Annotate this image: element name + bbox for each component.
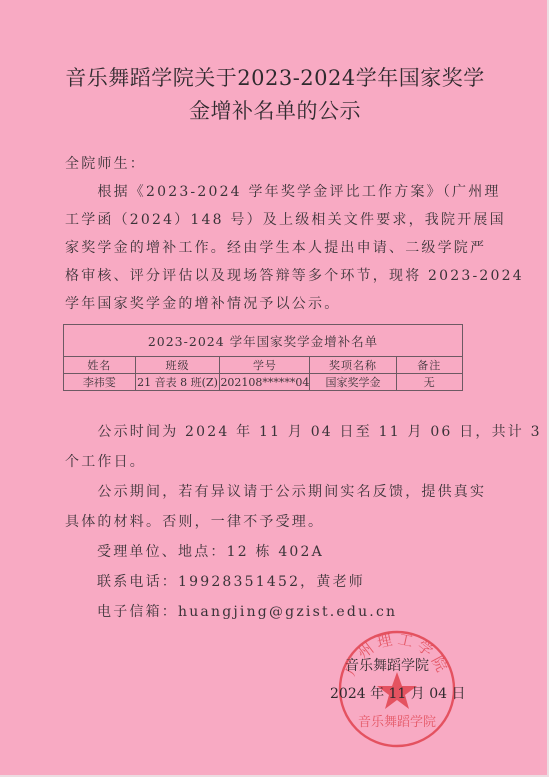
cell-student-id: 202108******04: [220, 374, 310, 391]
header-class: 班级: [135, 357, 220, 374]
svg-text:音乐舞蹈学院: 音乐舞蹈学院: [358, 714, 436, 730]
contact-location: 受理单位、地点：12 栋 402A: [97, 538, 517, 566]
document-page: 音乐舞蹈学院关于2023-2024学年国家奖学 金增补名单的公示 全院师生： 根…: [0, 0, 549, 777]
header-remark: 备注: [396, 357, 462, 374]
salutation: 全院师生：: [65, 150, 485, 178]
header-award: 奖项名称: [310, 357, 396, 374]
body-line: 工学函（2024）148 号）及上级相关文件要求，我院开展国: [65, 206, 485, 234]
body-line: 格审核、评分评估以及现场答辩等多个环节，现将 2023-2024: [65, 262, 485, 290]
cell-remark: 无: [396, 374, 462, 391]
header-student-id: 学号: [220, 357, 310, 374]
contact-email: 电子信箱：huangjing@gzist.edu.cn: [97, 598, 517, 626]
header-name: 姓名: [64, 357, 136, 374]
notice-line: 个工作日。: [65, 448, 485, 476]
cell-award: 国家奖学金: [310, 374, 396, 391]
table-header-row: 姓名 班级 学号 奖项名称 备注: [64, 357, 463, 374]
notice-line: 公示时间为 2024 年 11 月 04 日至 11 月 06 日，共计 3: [65, 418, 485, 446]
award-table: 2023-2024 学年国家奖学金增补名单 姓名 班级 学号 奖项名称 备注 李…: [63, 324, 463, 391]
contact-phone: 联系电话：19928351452，黄老师: [97, 568, 517, 596]
document-title-line2: 金增补名单的公示: [40, 95, 510, 128]
table-caption: 2023-2024 学年国家奖学金增补名单: [64, 325, 463, 357]
body-line: 根据《2023-2024 学年奖学金评比工作方案》（广州理: [65, 178, 485, 206]
notice-line: 公示期间，若有异议请于公示期间实名反馈，提供真实: [65, 478, 485, 506]
body-line: 家奖学金的增补工作。经由学生本人提出申请、二级学院严: [65, 234, 485, 262]
document-title-line1: 音乐舞蹈学院关于2023-2024学年国家奖学: [40, 62, 510, 95]
cell-name: 李祎雯: [64, 374, 136, 391]
signature-org: 音乐舞蹈学院: [345, 655, 429, 675]
cell-class: 21 音表 8 班(Z): [135, 374, 220, 391]
table-row: 李祎雯 21 音表 8 班(Z) 202108******04 国家奖学金 无: [64, 374, 463, 391]
signature-date: 2024 年 11 月 04 日: [330, 683, 466, 703]
notice-line: 具体的材料。否则，一律不予受理。: [65, 508, 485, 536]
body-line: 学年国家奖学金的增补情况予以公示。: [65, 290, 485, 318]
